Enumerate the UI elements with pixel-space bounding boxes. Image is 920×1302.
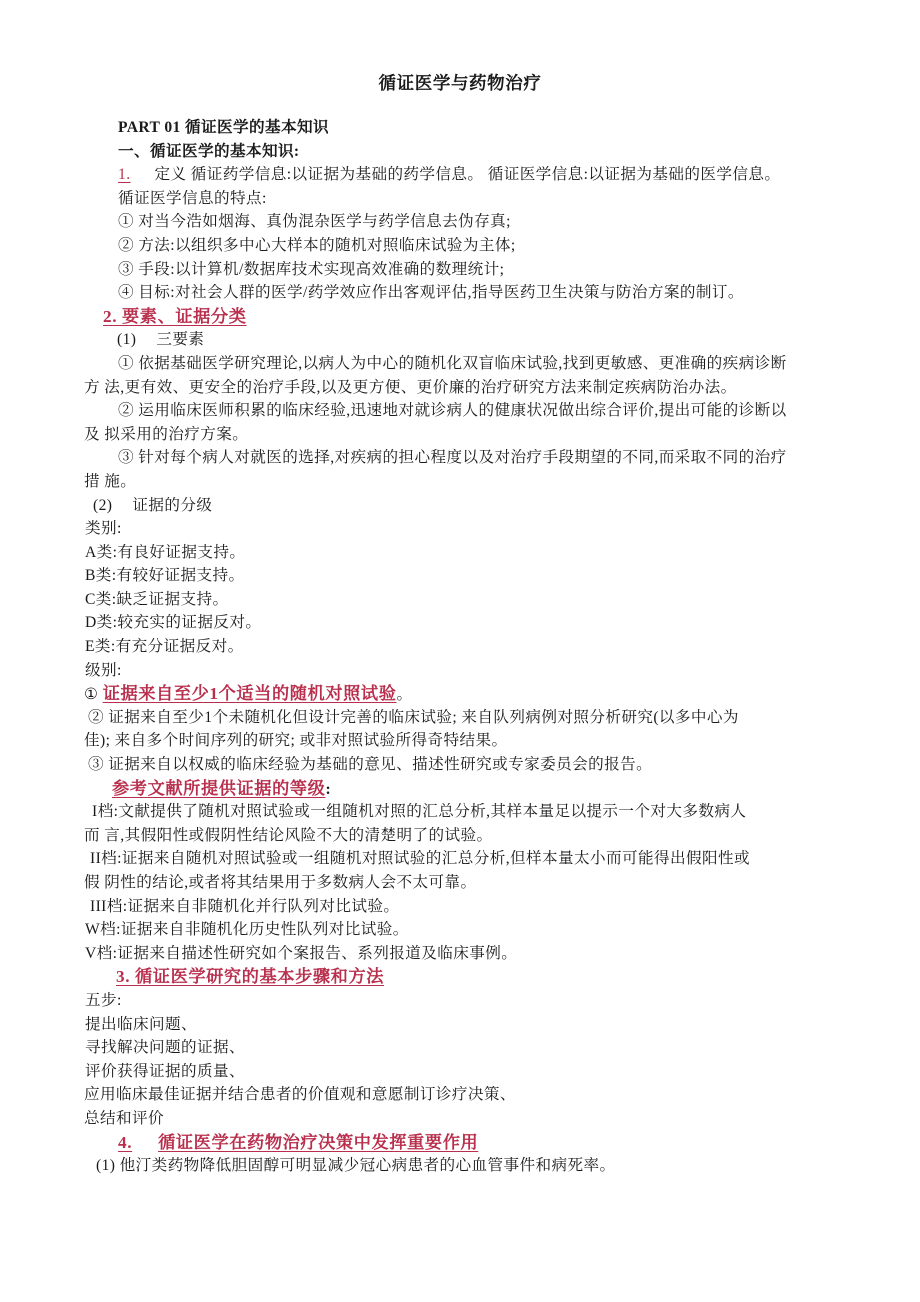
text-segment: 4. [118, 1133, 132, 1152]
text-line: 参考文献所提供证据的等级: [84, 777, 908, 801]
text-segment: 寻找解决问题的证据、 [85, 1039, 245, 1056]
text-line: 3. 循证医学研究的基本步骤和方法 [84, 965, 908, 989]
text-gap [136, 343, 156, 344]
text-line: ③ 针对每个病人对就医的选择,对疾病的担心程度以及对治疗手段期望的不同,而采取不… [84, 446, 908, 470]
text-line: 1.定义 循证药学信息:以证据为基础的药学信息。 循证医学信息:以证据为基础的医… [84, 163, 908, 187]
text-segment: 3. 循证医学研究的基本步骤和方法 [116, 967, 384, 986]
text-line: 应用临床最佳证据并结合患者的价值观和意愿制订诊疗决策、 [84, 1083, 908, 1107]
text-segment: 应用临床最佳证据并结合患者的价值观和意愿制订诊疗决策、 [84, 1086, 516, 1103]
text-segment: 。 [396, 686, 412, 703]
text-line: 五步: [84, 989, 908, 1013]
text-segment: (2) [93, 497, 112, 514]
text-line: ③ 证据来自以权威的临床经验为基础的意见、描述性研究或专家委员会的报告。 [84, 753, 908, 777]
text-line: ② 方法:以组织多中心大样本的随机对照临床试验为主体; [84, 234, 908, 258]
text-line: (2)证据的分级 [84, 494, 908, 518]
text-line: ③ 手段:以计算机/数据库技术实现高效准确的数理统计; [84, 258, 908, 282]
text-segment: 参考文献所提供证据的等级 [112, 779, 325, 798]
text-line: C类:缺乏证据支持。 [84, 588, 908, 612]
text-segment: E类:有充分证据反对。 [85, 638, 244, 655]
text-line: 2. 要素、证据分类 [84, 305, 908, 329]
text-segment: ② 方法:以组织多中心大样本的随机对照临床试验为主体; [118, 237, 516, 254]
text-line: 而 言,其假阳性或假阴性结论风险不大的清楚明了的试验。 [84, 824, 908, 848]
text-line: D类:较充实的证据反对。 [84, 611, 908, 635]
text-segment: 证据的分级 [132, 497, 212, 514]
text-segment: ③ 证据来自以权威的临床经验为基础的意见、描述性研究或专家委员会的报告。 [88, 756, 652, 773]
text-line: 总结和评价 [84, 1107, 908, 1131]
text-segment: ① [84, 686, 103, 703]
text-segment: ③ 手段:以计算机/数据库技术实现高效准确的数理统计; [118, 261, 504, 278]
text-segment: 及 拟采用的治疗方案。 [84, 426, 248, 443]
text-line: 级别: [84, 659, 908, 683]
text-line: W档:证据来自非随机化历史性队列对比试验。 [84, 918, 908, 942]
text-line: 假 阴性的结论,或者将其结果用于多数病人会不太可靠。 [84, 871, 908, 895]
text-segment: 五步: [85, 992, 122, 1009]
text-line: ① 证据来自至少1个适当的随机对照试验。 [84, 682, 908, 706]
text-segment: 措 施。 [84, 473, 136, 490]
text-segment: ③ 针对每个病人对就医的选择,对疾病的担心程度以及对治疗手段期望的不同,而采取不… [118, 449, 787, 466]
text-segment: III档:证据来自非随机化并行队列对比试验。 [90, 898, 399, 915]
text-line: ① 对当今浩如烟海、真伪混杂医学与药学信息去伪存真; [84, 210, 908, 234]
text-segment: 一、循证医学的基本知识: [118, 143, 300, 160]
text-segment: 2. 要素、证据分类 [103, 307, 247, 326]
text-segment: 假 阴性的结论,或者将其结果用于多数病人会不太可靠。 [84, 874, 476, 891]
text-segment: 循证医学在药物治疗决策中发挥重要作用 [158, 1133, 478, 1152]
text-segment: 类别: [85, 520, 122, 537]
text-segment: D类:较充实的证据反对。 [85, 614, 261, 631]
text-segment: ② 证据来自至少1个未随机化但设计完善的临床试验; 来自队列病例对照分析研究(以… [88, 709, 739, 726]
text-segment: 总结和评价 [84, 1110, 164, 1127]
text-line: 方 法,更有效、更安全的治疗手段,以及更方便、更价廉的治疗研究方法来制定疾病防治… [84, 376, 908, 400]
text-line: ② 证据来自至少1个未随机化但设计完善的临床试验; 来自队列病例对照分析研究(以… [84, 706, 908, 730]
text-line: ① 依据基础医学研究理论,以病人为中心的随机化双盲临床试验,找到更敏感、更准确的… [84, 352, 908, 376]
text-line: ② 运用临床医师积累的临床经验,迅速地对就诊病人的健康状况做出综合评价,提出可能… [84, 399, 908, 423]
text-line: V档:证据来自描述性研究如个案报告、系列报道及临床事例。 [84, 942, 908, 966]
text-segment: V档:证据来自描述性研究如个案报告、系列报道及临床事例。 [85, 945, 517, 962]
text-segment: B类:有较好证据支持。 [85, 567, 244, 584]
document-body: PART 01 循证医学的基本知识一、循证医学的基本知识:1.定义 循证药学信息… [84, 116, 908, 1178]
text-line: 佳); 来自多个时间序列的研究; 或非对照试验所得奇特结果。 [84, 729, 908, 753]
text-segment: PART 01 循证医学的基本知识 [118, 119, 329, 136]
text-line: I档:文献提供了随机对照试验或一组随机对照的汇总分析,其样本量足以提示一个对大多… [84, 800, 908, 824]
text-line: 提出临床问题、 [84, 1013, 908, 1037]
text-segment: (1) 他汀类药物降低胆固醇可明显减少冠心病患者的心血管事件和病死率。 [96, 1157, 616, 1174]
text-line: 循证医学信息的特点: [84, 187, 908, 211]
text-segment: 方 法,更有效、更安全的治疗手段,以及更方便、更价廉的治疗研究方法来制定疾病防治… [84, 379, 737, 396]
text-line: 及 拟采用的治疗方案。 [84, 423, 908, 447]
text-line: E类:有充分证据反对。 [84, 635, 908, 659]
text-segment: ① 对当今浩如烟海、真伪混杂医学与药学信息去伪存真; [118, 213, 511, 230]
text-line: 措 施。 [84, 470, 908, 494]
text-segment: II档:证据来自随机对照试验或一组随机对照试验的汇总分析,但样本量太小而可能得出… [90, 850, 750, 867]
text-segment: 而 言,其假阳性或假阴性结论风险不大的清楚明了的试验。 [84, 827, 492, 844]
text-segment: 提出临床问题、 [85, 1016, 197, 1033]
text-segment: (1) [117, 331, 136, 348]
text-segment: 定义 循证药学信息:以证据为基础的药学信息。 循证医学信息:以证据为基础的医学信… [155, 166, 781, 183]
text-segment: A类:有良好证据支持。 [85, 544, 245, 561]
text-segment: ② 运用临床医师积累的临床经验,迅速地对就诊病人的健康状况做出综合评价,提出可能… [118, 402, 787, 419]
page-title: 循证医学与药物治疗 [0, 70, 920, 95]
document-page: 循证医学与药物治疗 PART 01 循证医学的基本知识一、循证医学的基本知识:1… [0, 0, 920, 1302]
text-line: 一、循证医学的基本知识: [84, 140, 908, 164]
text-segment: I档:文献提供了随机对照试验或一组随机对照的汇总分析,其样本量足以提示一个对大多… [92, 803, 746, 820]
text-segment: W档:证据来自非随机化历史性队列对比试验。 [85, 921, 409, 938]
text-line: III档:证据来自非随机化并行队列对比试验。 [84, 895, 908, 919]
text-gap [132, 1147, 158, 1148]
text-line: PART 01 循证医学的基本知识 [84, 116, 908, 140]
text-line: (1)三要素 [84, 328, 908, 352]
text-line: (1) 他汀类药物降低胆固醇可明显减少冠心病患者的心血管事件和病死率。 [84, 1154, 908, 1178]
text-segment: 循证医学信息的特点: [118, 190, 267, 207]
text-gap [112, 509, 132, 510]
text-segment: 佳); 来自多个时间序列的研究; 或非对照试验所得奇特结果。 [84, 732, 508, 749]
text-line: 评价获得证据的质量、 [84, 1060, 908, 1084]
text-segment: 级别: [85, 662, 122, 679]
text-line: ④ 目标:对社会人群的医学/药学效应作出客观评估,指导医药卫生决策与防治方案的制… [84, 281, 908, 305]
text-segment: ① 依据基础医学研究理论,以病人为中心的随机化双盲临床试验,找到更敏感、更准确的… [118, 355, 787, 372]
text-line: II档:证据来自随机对照试验或一组随机对照试验的汇总分析,但样本量太小而可能得出… [84, 847, 908, 871]
text-segment: 三要素 [156, 331, 204, 348]
text-segment: : [325, 781, 331, 798]
text-gap [131, 178, 155, 179]
text-line: B类:有较好证据支持。 [84, 564, 908, 588]
text-line: 类别: [84, 517, 908, 541]
text-segment: 评价获得证据的质量、 [85, 1063, 245, 1080]
text-segment: C类:缺乏证据支持。 [85, 591, 228, 608]
text-segment: ④ 目标:对社会人群的医学/药学效应作出客观评估,指导医药卫生决策与防治方案的制… [118, 284, 744, 301]
text-segment: 证据来自至少1个适当的随机对照试验 [103, 684, 397, 703]
text-line: 4.循证医学在药物治疗决策中发挥重要作用 [84, 1131, 908, 1155]
text-line: 寻找解决问题的证据、 [84, 1036, 908, 1060]
text-line: A类:有良好证据支持。 [84, 541, 908, 565]
text-segment: 1. [118, 166, 131, 183]
